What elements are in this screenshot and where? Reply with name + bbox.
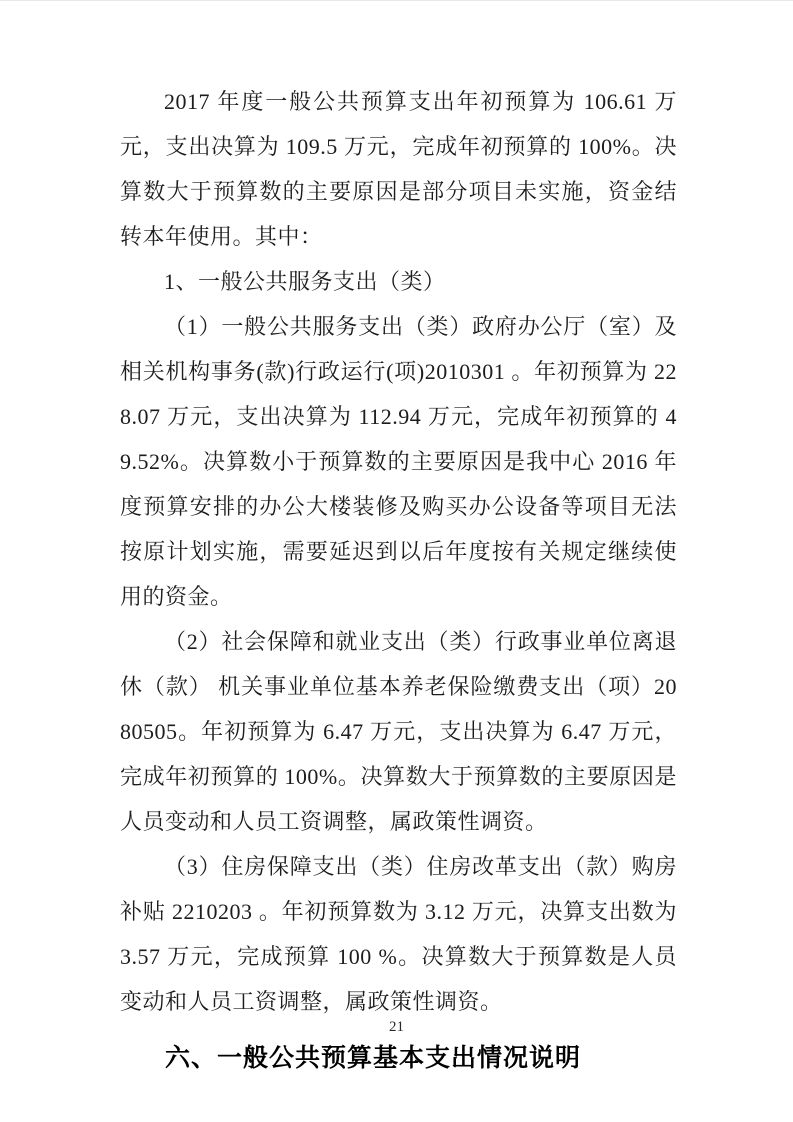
page-number: 21 [0, 1019, 793, 1036]
paragraph-subitem-1-administrative-operation: （1）一般公共服务支出（类）政府办公厅（室）及相关机构事务(款)行政运行(项)2… [120, 304, 677, 619]
document-body: 2017 年度一般公共预算支出年初预算为 106.61 万元，支出决算为 109… [120, 79, 677, 1080]
paragraph-budget-overview: 2017 年度一般公共预算支出年初预算为 106.61 万元，支出决算为 109… [120, 79, 677, 259]
paragraph-subitem-2-social-security-employment: （2）社会保障和就业支出（类）行政事业单位离退休（款） 机关事业单位基本养老保险… [120, 619, 677, 844]
paragraph-subitem-3-housing-security: （3）住房保障支出（类）住房改革支出（款）购房补贴 2210203 。年初预算数… [120, 844, 677, 1024]
document-page: 2017 年度一般公共预算支出年初预算为 106.61 万元，支出决算为 109… [0, 0, 793, 1122]
section-heading-basic-expenditure: 六、一般公共预算基本支出情况说明 [120, 1036, 677, 1080]
paragraph-item-general-public-services: 1、一般公共服务支出（类） [120, 259, 677, 304]
